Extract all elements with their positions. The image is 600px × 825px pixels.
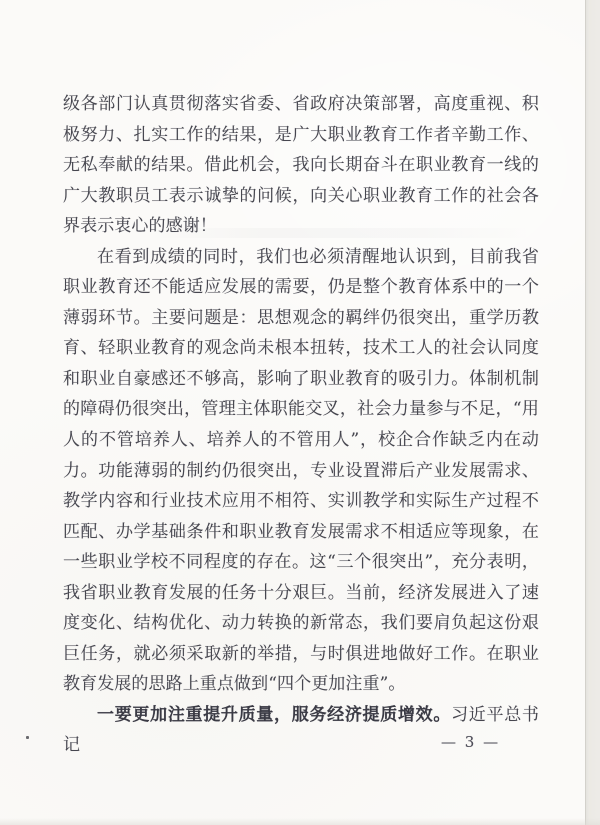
paragraph-problems: 在看到成绩的同时，我们也必须清醒地认识到，目前我省职业教育还不能适应发展的需要，… [63,242,539,700]
page-number: — 3 — [441,733,541,751]
paper-bottom-edge [0,818,600,825]
paragraph-continuation: 级各部门认真贯彻落实省委、省政府决策部署，高度重视、积极努力、扎实工作的结果，是… [63,89,539,242]
scan-speck-artifact [26,736,29,739]
document-body: 级各部门认真贯彻落实省委、省政府决策部署，高度重视、积极努力、扎实工作的结果，是… [63,89,539,761]
paragraph-bold-lead: 一要更加注重提升质量，服务经济提质增效。 [97,705,451,725]
scan-smudge-artifact [150,228,530,238]
scanned-document-page: 级各部门认真贯彻落实省委、省政府决策部署，高度重视、积极努力、扎实工作的结果，是… [0,0,600,825]
paper-right-edge [585,0,600,825]
paragraph-first-point: 一要更加注重提升质量，服务经济提质增效。习近平总书记 [63,700,539,761]
